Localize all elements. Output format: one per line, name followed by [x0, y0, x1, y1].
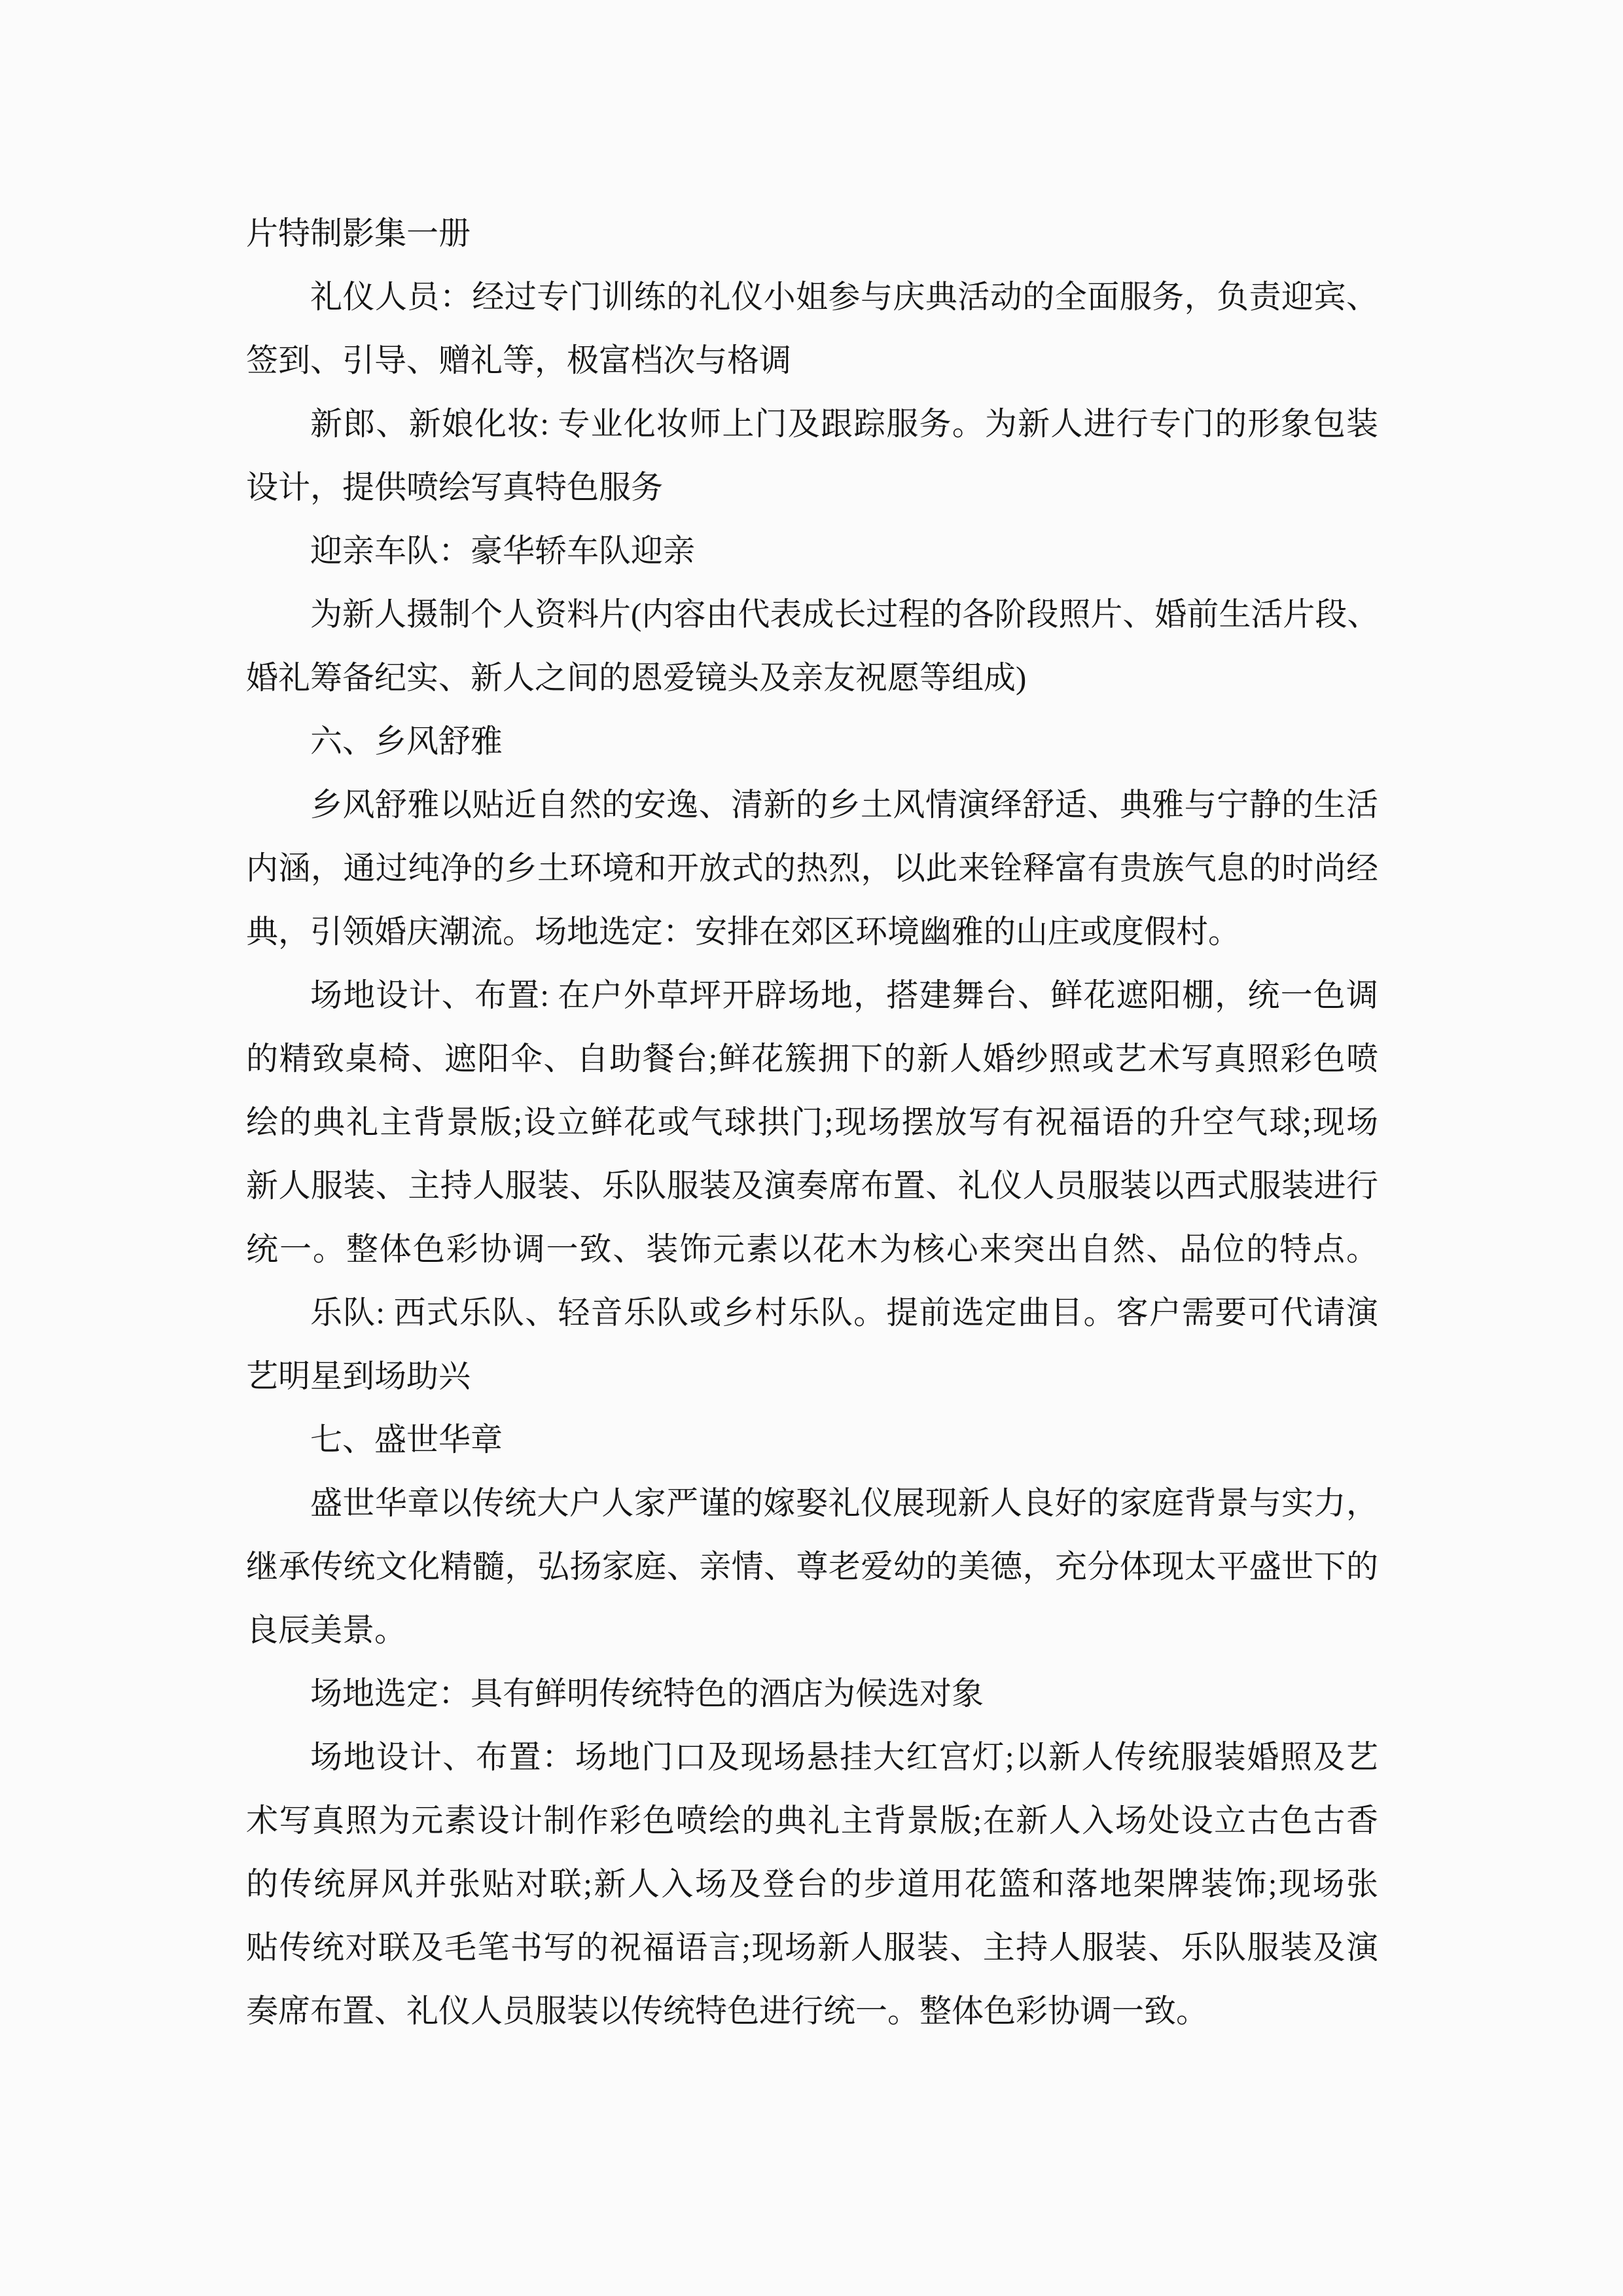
text-line: 统一。整体色彩协调一致、装饰元素以花木为核心来突出自然、品位的特点。: [246, 1217, 1378, 1281]
text-line: 新郎、新娘化妆: 专业化妆师上门及跟踪服务。为新人进行专门的形象包装: [246, 392, 1378, 456]
text-line: 礼仪人员：经过专门训练的礼仪小姐参与庆典活动的全面服务，负责迎宾、: [246, 265, 1378, 329]
text-line: 盛世华章以传统大户人家严谨的嫁娶礼仪展现新人良好的家庭背景与实力，: [246, 1471, 1378, 1535]
text-line: 的传统屏风并张贴对联;新人入场及登台的步道用花篮和落地架牌装饰;现场张: [246, 1852, 1378, 1916]
document-page: 片特制影集一册 礼仪人员：经过专门训练的礼仪小姐参与庆典活动的全面服务，负责迎宾…: [0, 0, 1623, 2296]
text-line: 场地设计、布置: 在户外草坪开辟场地，搭建舞台、鲜花遮阳棚，统一色调: [246, 963, 1378, 1027]
text-line: 新人服装、主持人服装、乐队服装及演奏席布置、礼仪人员服装以西式服装进行: [246, 1154, 1378, 1217]
text-line: 乡风舒雅以贴近自然的安逸、清新的乡土风情演绎舒适、典雅与宁静的生活: [246, 773, 1378, 836]
text-line: 片特制影集一册: [246, 202, 1378, 265]
text-line: 绘的典礼主背景版;设立鲜花或气球拱门;现场摆放写有祝福语的升空气球;现场: [246, 1090, 1378, 1154]
text-line: 良辰美景。: [246, 1598, 1378, 1662]
text-line: 典，引领婚庆潮流。场地选定：安排在郊区环境幽雅的山庄或度假村。: [246, 900, 1378, 963]
text-line: 婚礼筹备纪实、新人之间的恩爱镜头及亲友祝愿等组成): [246, 646, 1378, 709]
document-body: 片特制影集一册 礼仪人员：经过专门训练的礼仪小姐参与庆典活动的全面服务，负责迎宾…: [246, 202, 1378, 2043]
text-line: 贴传统对联及毛笔书写的祝福语言;现场新人服装、主持人服装、乐队服装及演: [246, 1916, 1378, 1979]
section-heading: 七、盛世华章: [246, 1408, 1378, 1471]
text-line: 奏席布置、礼仪人员服装以传统特色进行统一。整体色彩协调一致。: [246, 1979, 1378, 2043]
text-line: 的精致桌椅、遮阳伞、自助餐台;鲜花簇拥下的新人婚纱照或艺术写真照彩色喷: [246, 1027, 1378, 1090]
section-heading: 六、乡风舒雅: [246, 709, 1378, 773]
text-line: 迎亲车队：豪华轿车队迎亲: [246, 519, 1378, 583]
text-line: 设计，提供喷绘写真特色服务: [246, 456, 1378, 519]
text-line: 签到、引导、赠礼等，极富档次与格调: [246, 329, 1378, 392]
text-line: 为新人摄制个人资料片(内容由代表成长过程的各阶段照片、婚前生活片段、: [246, 583, 1378, 646]
text-line: 场地设计、布置：场地门口及现场悬挂大红宫灯;以新人传统服装婚照及艺: [246, 1725, 1378, 1789]
text-line: 乐队: 西式乐队、轻音乐队或乡村乐队。提前选定曲目。客户需要可代请演: [246, 1281, 1378, 1344]
text-line: 艺明星到场助兴: [246, 1344, 1378, 1408]
text-line: 场地选定：具有鲜明传统特色的酒店为候选对象: [246, 1662, 1378, 1725]
text-line: 继承传统文化精髓，弘扬家庭、亲情、尊老爱幼的美德，充分体现太平盛世下的: [246, 1535, 1378, 1598]
text-line: 内涵，通过纯净的乡土环境和开放式的热烈，以此来铨释富有贵族气息的时尚经: [246, 836, 1378, 900]
text-line: 术写真照为元素设计制作彩色喷绘的典礼主背景版;在新人入场处设立古色古香: [246, 1789, 1378, 1852]
